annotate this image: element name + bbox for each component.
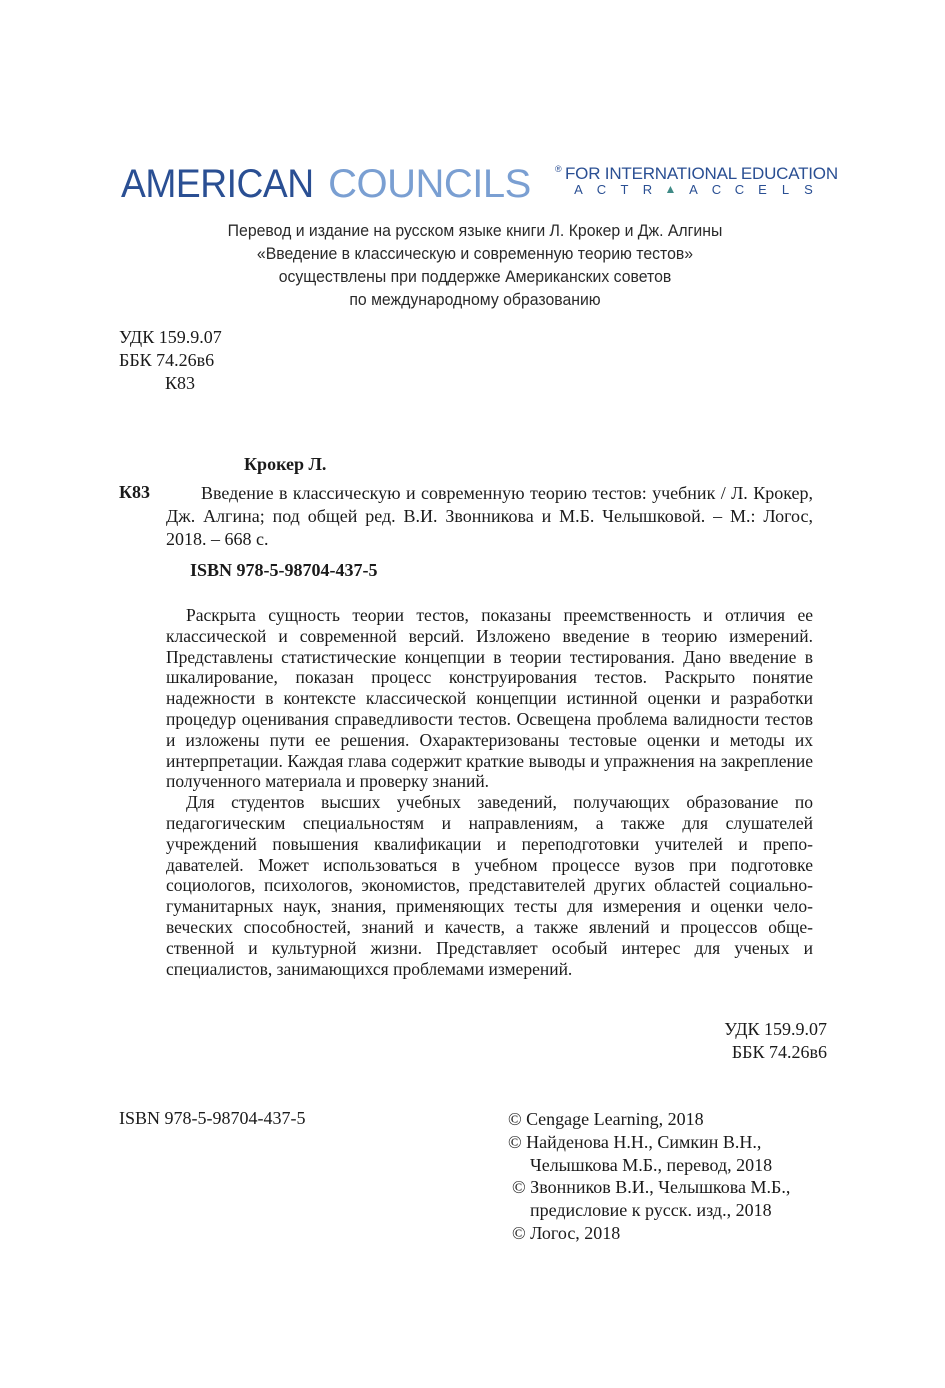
logo-letter: C bbox=[590, 182, 613, 197]
logo-sub-letters: A C T R ▲ A C C E L S bbox=[567, 182, 820, 197]
copyright-line: © Cengage Learning, 2018 bbox=[508, 1108, 790, 1131]
logo-letter: T bbox=[613, 182, 636, 197]
bbk-code-bottom: ББК 74.26в6 bbox=[732, 1042, 827, 1063]
logo-letter: C bbox=[705, 182, 728, 197]
abstract-paragraph: Для студентов высших учебных заведений, … bbox=[166, 792, 813, 979]
sponsor-line: по международному образованию bbox=[145, 288, 805, 311]
sponsor-note: Перевод и издание на русском языке книги… bbox=[120, 219, 830, 311]
author-mark: К83 bbox=[119, 482, 150, 503]
bbk-code-top: ББК 74.26в6 bbox=[119, 349, 214, 371]
logo-letter: L bbox=[774, 182, 797, 197]
udk-code-bottom: УДК 159.9.07 bbox=[724, 1019, 827, 1040]
logo-tagline: FOR INTERNATIONAL EDUCATION bbox=[565, 164, 838, 184]
registered-mark: ® bbox=[555, 164, 562, 174]
bibliographic-text: Введение в классическую и современную те… bbox=[166, 482, 813, 551]
author-mark-top: К83 bbox=[165, 372, 195, 394]
copyright-line: Челышкова М.Б., перевод, 2018 bbox=[508, 1154, 790, 1177]
copyright-line: © Найденова Н.Н., Симкин В.Н., bbox=[508, 1131, 790, 1154]
author-heading: Крокер Л. bbox=[244, 454, 326, 475]
copyright-line: предисловие к русск. изд., 2018 bbox=[508, 1199, 790, 1222]
sponsor-line: «Введение в классическую и современную т… bbox=[145, 242, 805, 265]
logo-letter: C bbox=[728, 182, 751, 197]
copyright-block: © Cengage Learning, 2018 © Найденова Н.Н… bbox=[508, 1108, 790, 1245]
copyright-line: © Логос, 2018 bbox=[508, 1222, 790, 1245]
logo-letter: A bbox=[567, 182, 590, 197]
logo-word-american: AMERICAN bbox=[121, 164, 314, 204]
copyright-line: © Звонников В.И., Челышкова М.Б., bbox=[508, 1176, 790, 1199]
american-councils-logo: AMERICANCOUNCILS bbox=[121, 160, 531, 204]
logo-word-councils: COUNCILS bbox=[328, 164, 531, 204]
bibliographic-description: Введение в классическую и современную те… bbox=[166, 482, 813, 551]
logo-letter: A bbox=[682, 182, 705, 197]
sponsor-line: осуществлены при поддержке Американских … bbox=[145, 265, 805, 288]
sponsor-line: Перевод и издание на русском языке книги… bbox=[145, 219, 805, 242]
abstract-paragraph: Раскрыта сущность теории тестов, показан… bbox=[166, 605, 813, 792]
udk-code-top: УДК 159.9.07 bbox=[119, 326, 222, 348]
logo-letter: S bbox=[797, 182, 820, 197]
abstract: Раскрыта сущность теории тестов, показан… bbox=[166, 605, 813, 979]
logo-letter: E bbox=[751, 182, 774, 197]
isbn-record: ISBN 978-5-98704-437-5 bbox=[190, 560, 378, 581]
logo-letter: R bbox=[636, 182, 659, 197]
triangle-icon: ▲ bbox=[659, 182, 682, 197]
isbn-footer: ISBN 978-5-98704-437-5 bbox=[119, 1108, 306, 1129]
